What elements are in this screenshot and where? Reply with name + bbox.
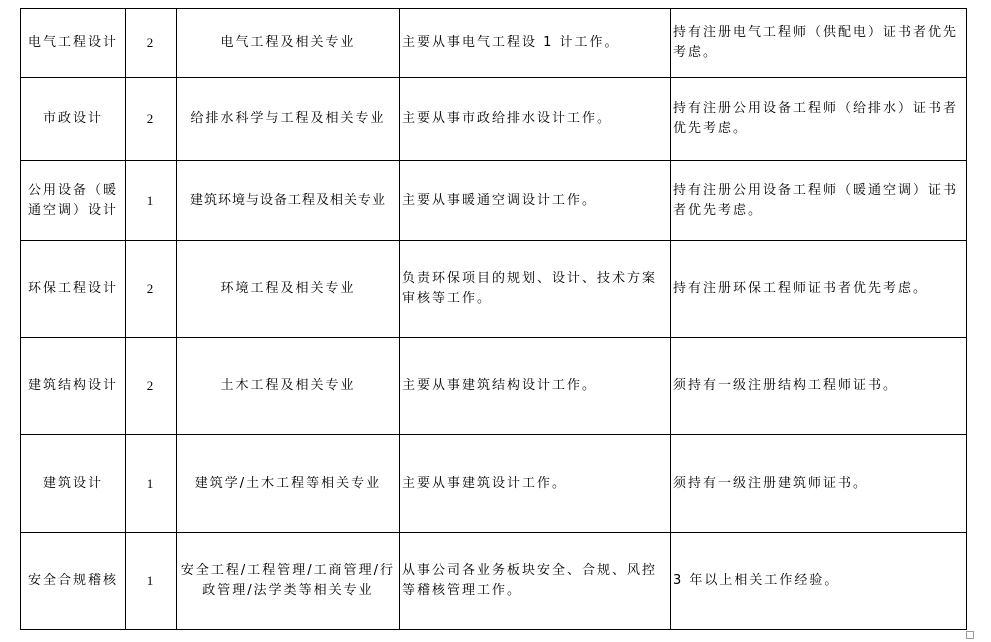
table-row: 环保工程设计 2 环境工程及相关专业 负责环保项目的规划、设计、技术方案审核等工… bbox=[21, 241, 967, 338]
headcount-cell: 1 bbox=[126, 533, 177, 630]
requirements-cell: 须持有一级注册结构工程师证书。 bbox=[671, 338, 967, 435]
duties-cell: 从事公司各业务板块安全、合规、风控等稽核管理工作。 bbox=[400, 533, 671, 630]
requirements-cell: 持有注册环保工程师证书者优先考虑。 bbox=[671, 241, 967, 338]
major-cell: 电气工程及相关专业 bbox=[177, 9, 400, 78]
headcount-cell: 2 bbox=[126, 78, 177, 161]
duties-cell: 主要从事暖通空调设计工作。 bbox=[400, 161, 671, 241]
duties-cell: 主要从事建筑结构设计工作。 bbox=[400, 338, 671, 435]
table-row: 建筑结构设计 2 土木工程及相关专业 主要从事建筑结构设计工作。 须持有一级注册… bbox=[21, 338, 967, 435]
headcount-cell: 1 bbox=[126, 161, 177, 241]
table-row: 安全合规稽核 1 安全工程/工程管理/工商管理/行政管理/法学类等相关专业 从事… bbox=[21, 533, 967, 630]
duties-cell: 主要从事建筑设计工作。 bbox=[400, 435, 671, 533]
requirements-cell: 持有注册公用设备工程师（暖通空调）证书者优先考虑。 bbox=[671, 161, 967, 241]
requirements-cell: 须持有一级注册建筑师证书。 bbox=[671, 435, 967, 533]
duties-cell: 主要从事电气工程设 1 计工作。 bbox=[400, 9, 671, 78]
major-cell: 给排水科学与工程及相关专业 bbox=[177, 78, 400, 161]
duties-cell: 主要从事市政给排水设计工作。 bbox=[400, 78, 671, 161]
headcount-cell: 1 bbox=[126, 435, 177, 533]
requirements-cell: 持有注册电气工程师（供配电）证书者优先考虑。 bbox=[671, 9, 967, 78]
major-cell: 环境工程及相关专业 bbox=[177, 241, 400, 338]
duties-cell: 负责环保项目的规划、设计、技术方案审核等工作。 bbox=[400, 241, 671, 338]
position-cell: 建筑设计 bbox=[21, 435, 126, 533]
headcount-cell: 2 bbox=[126, 338, 177, 435]
headcount-cell: 2 bbox=[126, 9, 177, 78]
position-cell: 环保工程设计 bbox=[21, 241, 126, 338]
requirements-cell: 3 年以上相关工作经验。 bbox=[671, 533, 967, 630]
recruitment-table: 电气工程设计 2 电气工程及相关专业 主要从事电气工程设 1 计工作。 持有注册… bbox=[20, 8, 967, 630]
position-cell: 安全合规稽核 bbox=[21, 533, 126, 630]
table-resize-handle-icon[interactable] bbox=[966, 631, 974, 639]
position-cell: 市政设计 bbox=[21, 78, 126, 161]
table-row: 市政设计 2 给排水科学与工程及相关专业 主要从事市政给排水设计工作。 持有注册… bbox=[21, 78, 967, 161]
position-cell: 公用设备（暖通空调）设计 bbox=[21, 161, 126, 241]
major-cell: 建筑学/土木工程等相关专业 bbox=[177, 435, 400, 533]
table-row: 建筑设计 1 建筑学/土木工程等相关专业 主要从事建筑设计工作。 须持有一级注册… bbox=[21, 435, 967, 533]
position-cell: 建筑结构设计 bbox=[21, 338, 126, 435]
major-cell: 安全工程/工程管理/工商管理/行政管理/法学类等相关专业 bbox=[177, 533, 400, 630]
major-cell: 建筑环境与设备工程及相关专业 bbox=[177, 161, 400, 241]
requirements-cell: 持有注册公用设备工程师（给排水）证书者优先考虑。 bbox=[671, 78, 967, 161]
table-row: 公用设备（暖通空调）设计 1 建筑环境与设备工程及相关专业 主要从事暖通空调设计… bbox=[21, 161, 967, 241]
position-cell: 电气工程设计 bbox=[21, 9, 126, 78]
headcount-cell: 2 bbox=[126, 241, 177, 338]
table-row: 电气工程设计 2 电气工程及相关专业 主要从事电气工程设 1 计工作。 持有注册… bbox=[21, 9, 967, 78]
major-cell: 土木工程及相关专业 bbox=[177, 338, 400, 435]
